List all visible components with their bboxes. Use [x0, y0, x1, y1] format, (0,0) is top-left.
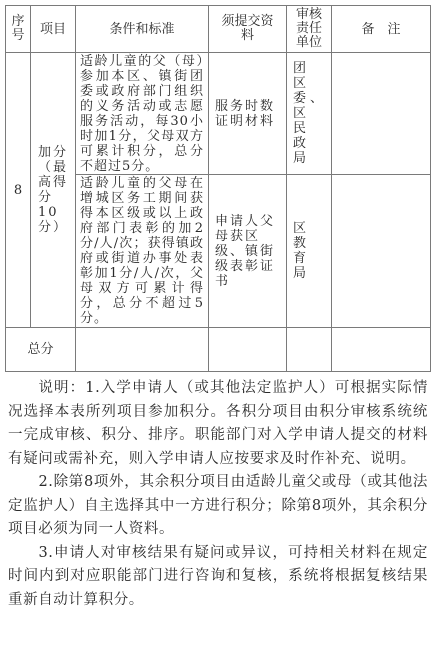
total-unit-cell: [287, 328, 332, 372]
item-cell: 加分（最高得分10分）: [31, 53, 76, 328]
total-label: 总分: [6, 328, 76, 372]
total-conditions-cell: [76, 328, 209, 372]
header-responsible-unit: 审核责任单位: [287, 6, 332, 53]
header-row: 序号 项目 条件和标准 须提交资料 审核责任单位 备 注: [6, 6, 431, 53]
header-materials: 须提交资料: [209, 6, 287, 53]
responsible-unit-cell: 团区委、区民政局: [287, 53, 332, 175]
header-item: 项目: [31, 6, 76, 53]
conditions-cell: 适龄儿童的父（母）参加本区、镇街团委或政府部门组织的义务活动或志愿服务活动，每3…: [76, 53, 209, 175]
header-conditions: 条件和标准: [76, 6, 209, 53]
seq-cell: 8: [6, 53, 31, 328]
points-table: 序号 项目 条件和标准 须提交资料 审核责任单位 备 注 8 加分（最高得分10…: [5, 5, 431, 372]
notes-section: 说明：1.入学申请人（或其他法定监护人）可根据实际情况选择本表所列项目参加积分。…: [8, 377, 428, 612]
note-3: 3.申请人对审核结果有疑问或异议，可持相关材料在规定时间内到对应职能部门进行咨询…: [8, 542, 428, 613]
header-seq: 序号: [6, 6, 31, 53]
conditions-cell: 适龄儿童的父母在增城区务工期间获得本区级或以上政府部门表彰的加2分/人/次；获得…: [76, 175, 209, 328]
materials-cell: 服务时数证明材料: [209, 53, 287, 175]
total-row: 总分: [6, 328, 431, 372]
responsible-unit-cell: 区教育局: [287, 175, 332, 328]
remarks-cell: [332, 53, 431, 175]
note-1: 说明：1.入学申请人（或其他法定监护人）可根据实际情况选择本表所列项目参加积分。…: [8, 377, 428, 471]
materials-cell: 申请人父母获区级、镇街级表彰证书: [209, 175, 287, 328]
total-materials-cell: [209, 328, 287, 372]
total-remarks-cell: [332, 328, 431, 372]
note-2: 2.除第8项外，其余积分项目由适龄儿童父或母（或其他法定监护人）自主选择其中一方…: [8, 471, 428, 542]
table-row: 8 加分（最高得分10分） 适龄儿童的父（母）参加本区、镇街团委或政府部门组织的…: [6, 53, 431, 175]
header-remarks: 备 注: [332, 6, 431, 53]
remarks-cell: [332, 175, 431, 328]
